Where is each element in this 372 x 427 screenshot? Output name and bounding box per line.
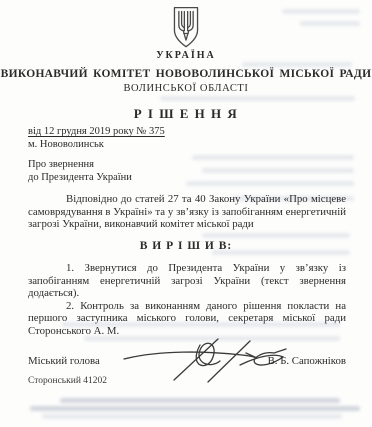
signatory-name: В. Б. Сапожніков <box>268 355 346 367</box>
date-number-line: від 12 грудня 2019 року № 375 <box>28 125 165 138</box>
resolution-items: 1. Звернутися до Президента України у зв… <box>28 262 346 338</box>
city-line: м. Нововолинськ <box>28 138 165 151</box>
organization-name: ВИКОНАВЧИЙ КОМІТЕТ НОВОВОЛИНСЬКОЇ МІСЬКО… <box>0 67 372 81</box>
bleed-through-artifact <box>192 155 354 160</box>
emblem-container <box>0 6 372 55</box>
organization-region: ВОЛИНСЬКОЇ ОБЛАСТІ <box>0 82 372 95</box>
bleed-through-artifact <box>186 181 354 186</box>
signatory-position: Міський голова <box>28 355 100 367</box>
subject-line-1: Про звернення <box>28 159 132 172</box>
document-page: УКРАЇНА ВИКОНАВЧИЙ КОМІТЕТ НОВОВОЛИНСЬКО… <box>0 0 372 427</box>
subject-line-2: до Президента України <box>28 172 132 185</box>
document-meta: від 12 грудня 2019 року № 375 м. Нововол… <box>28 125 165 151</box>
letterhead: УКРАЇНА ВИКОНАВЧИЙ КОМІТЕТ НОВОВОЛИНСЬКО… <box>0 50 372 95</box>
bleed-through-artifact <box>30 406 360 411</box>
bleed-through-artifact <box>42 414 342 419</box>
country-name: УКРАЇНА <box>0 50 372 63</box>
bleed-through-artifact <box>202 233 350 238</box>
footer-reference: Сторонський 41202 <box>28 376 107 386</box>
bleed-through-artifact <box>60 398 340 403</box>
preamble-paragraph: Відповідно до статей 27 та 40 Закону Укр… <box>28 193 346 231</box>
resolution-word: В И Р І Ш И В: <box>0 240 372 252</box>
resolution-item-1: 1. Звернутися до Президента України у зв… <box>28 262 346 300</box>
subject-block: Про звернення до Президента України <box>28 159 132 184</box>
preamble-block: Відповідно до статей 27 та 40 Закону Укр… <box>28 193 346 231</box>
signature-scribble-icon <box>120 335 292 385</box>
bleed-through-artifact <box>202 168 354 173</box>
resolution-item-2: 2. Контроль за виконанням даного рішення… <box>28 300 346 338</box>
bleed-through-artifact <box>160 96 355 101</box>
document-title: Р І Ш Е Н Н Я <box>0 106 372 122</box>
ukraine-trident-emblem-icon <box>169 6 203 50</box>
